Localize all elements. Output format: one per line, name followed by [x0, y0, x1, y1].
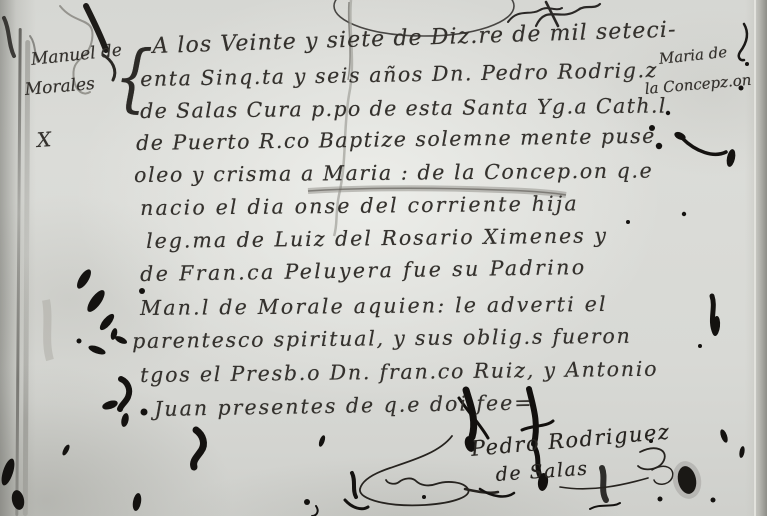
margin-name-left-line1: Manuel de [30, 40, 123, 69]
signature-line1: Pedro Rodriguez [470, 420, 671, 461]
manuscript-line: de Salas Cura p.po de esta Santa Yg.a Ca… [140, 93, 667, 123]
manuscript-line: Man.l de Morale aquien: le adverti el [140, 292, 608, 320]
manuscript-line: nacio el dia onse del corriente hija [140, 191, 579, 220]
manuscript-line: A los Veinte y siete de Diz.re de mil se… [152, 18, 677, 59]
manuscript-page: Manuel de Morales { X Maria de la Concep… [0, 0, 767, 516]
manuscript-line: leg.ma de Luiz del Rosario Ximenes y [146, 223, 608, 253]
signature-line2: de Salas [495, 458, 589, 486]
margin-cross-mark: X [36, 127, 52, 152]
manuscript-line: oleo y crisma a Maria : de la Concep.on … [134, 158, 653, 187]
manuscript-line: de Puerto R.co Baptize solemne mente pus… [136, 124, 656, 155]
manuscript-line: tgos el Presb.o Dn. fran.co Ruiz, y Anto… [140, 357, 659, 387]
margin-name-right-line1: Maria de [658, 43, 728, 68]
manuscript-line: Juan presentes de q.e doi fee= [154, 390, 534, 421]
manuscript-line: de Fran.ca Peluyera fue su Padrino [140, 255, 587, 286]
manuscript-line: parentesco spiritual, y sus oblig.s fuer… [132, 324, 632, 353]
manuscript-line: enta Sinq.ta y seis años Dn. Pedro Rodri… [140, 58, 658, 91]
